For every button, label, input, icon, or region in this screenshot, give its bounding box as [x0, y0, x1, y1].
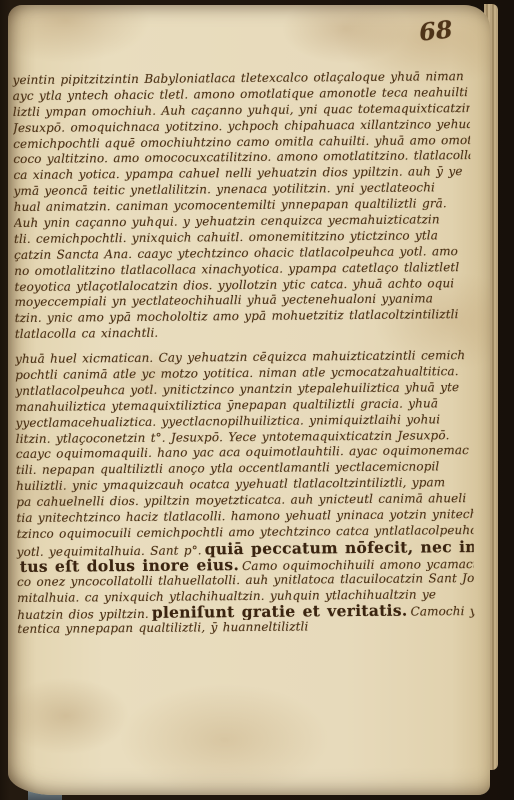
manuscript-text: liztli ympan omochiuh. Auh caçanno yuhqu… [13, 101, 470, 119]
manuscript-text: tlatlacolla ca xinachtli. [15, 326, 159, 341]
manuscript-text: teoyotica ytlaçotlalocatzin dios. yyollo… [14, 276, 454, 294]
manuscript-page: 68 yeintin pipitzitzintin Babyloniatlaca… [8, 5, 490, 795]
manuscript-text: ayc ytla yntech ohacic tletl. amono omot… [13, 85, 468, 103]
text-line: tentica ynnepapan qualtiliztli, ȳ huanne… [17, 618, 474, 638]
latin-phrase: tus eſt dolus inore eius. [17, 555, 242, 575]
manuscript-text: tzinco oquimocuili cemichpochtli amo yte… [17, 523, 474, 541]
manuscript-text: tili. nepapan qualtiliztli anoço ytla oc… [16, 460, 439, 478]
manuscript-text: tzin. ynic amo ypā mochololtiz amo ypā m… [15, 307, 459, 325]
manuscript-text: no omotlalitzino tlatlacollaca xinachyot… [14, 260, 459, 278]
manuscript-text: cemichpochtli aquē omochiuhtzino camo om… [13, 133, 470, 151]
manuscript-text: Auh ynin caçanno yuhqui. y yehuatzin cen… [14, 212, 440, 230]
manuscript-text: moyeccempiali yn yectlateochihualli yhuā… [14, 292, 433, 310]
manuscript-text: huiliztli. ynic ymaquizcauh ocatca yyehu… [16, 476, 445, 494]
manuscript-text: Camochi yccen [410, 604, 474, 619]
paragraph: yhuā huel xicmatican. Cay yehuatzin cēqu… [15, 348, 474, 638]
manuscript-text: tia ynitechtzinco haciz tlatlacolli. ham… [16, 507, 473, 525]
manuscript-text: tli. cemichpochtli. ynixquich cahuitl. o… [14, 228, 438, 246]
folio-number: 68 [417, 14, 453, 46]
manuscript-text: huatzin dios ypiltzin. [17, 607, 149, 622]
manuscript-text: yeintin pipitzitzintin Babyloniatlaca tl… [13, 69, 464, 87]
manuscript-text: hual animatzin. caniman ycomocentemilti … [14, 196, 447, 214]
manuscript-text: litzin. ytlaçoconetzin t°. Jesuxpō. Yece… [16, 428, 450, 446]
manuscript-text: pochtli canimā atle yc motzo yotitica. n… [15, 364, 459, 382]
manuscript-text: ymā yeoncā teitic ynetlalilitzin. ynenac… [14, 181, 436, 199]
manuscript-text: Jesuxpō. omoquichnaca yotitzino. ychpoch… [13, 117, 470, 135]
paragraph: yeintin pipitzitzintin Babyloniatlaca tl… [13, 69, 472, 343]
manuscript-text: co onez yncocollatolli tlahuellatolli. a… [17, 571, 474, 589]
manuscript-text: ca xinach yotica. ypampa cahuel nelli ye… [13, 164, 462, 182]
manuscript-text: manahuiliztica ytemaquixtiliztica ȳnepap… [15, 396, 438, 414]
manuscript-text: tentica ynnepapan qualtiliztli, ȳ huanne… [17, 620, 308, 637]
manuscript-text: coco yaltitzino. amo omococuxcatilitzino… [13, 148, 470, 166]
text-line: tlatlacolla ca xinachtli. [15, 323, 472, 343]
manuscript-text: yyectlamacehualiztica. yyectlacnopilhuil… [16, 412, 441, 430]
manuscript-text: mitalhuia. ca ynixquich ytlachihualtzin.… [17, 587, 436, 605]
manuscript-text: yhuā huel xicmatican. Cay yehuatzin cēqu… [15, 348, 465, 366]
manuscript-text: yntlatlacolpeuhca yotl. ynitictzinco yna… [15, 380, 459, 398]
manuscript-text: pa cahuelnelli dios. ypiltzin moyetztica… [16, 491, 466, 509]
manuscript-text: çatzin Sancta Ana. caayc ytechtzinco oha… [14, 244, 458, 262]
text-block: yeintin pipitzitzintin Babyloniatlaca tl… [13, 69, 475, 638]
manuscript-text: caayc oquimomaquili. hano yac aca oquimo… [16, 444, 469, 462]
